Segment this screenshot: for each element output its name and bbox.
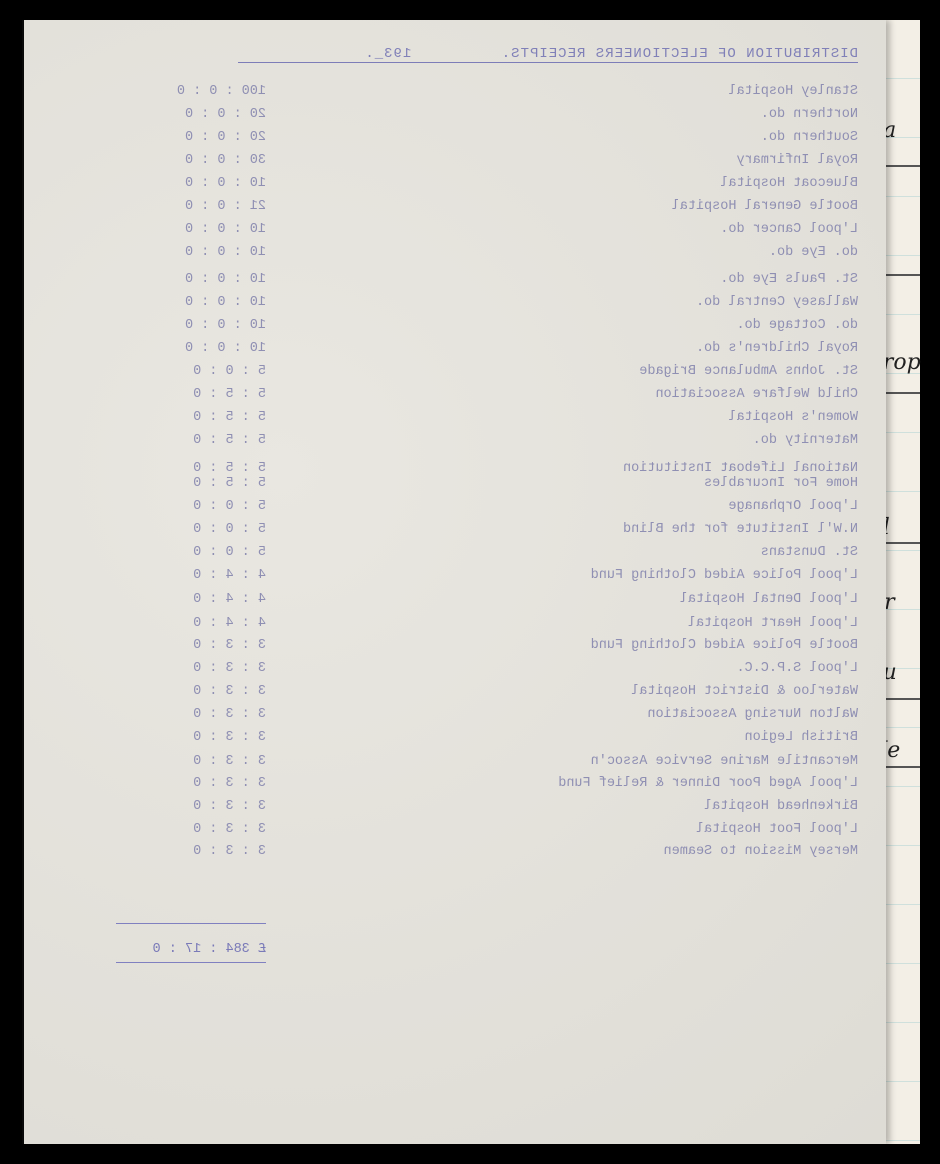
entry-name: Bootle General Hospital bbox=[672, 199, 858, 214]
entry-amount: 5 : 5 : 0 bbox=[66, 461, 266, 476]
typed-sheet: DISTRIBUTION OF ELECTIONEERS RECEIPTS. 1… bbox=[24, 20, 886, 1144]
entry-amount: 3 : 3 : 0 bbox=[66, 799, 266, 814]
entry-amount: 10 : 0 : 0 bbox=[66, 341, 266, 356]
entry-amount: 5 : 5 : 0 bbox=[66, 387, 266, 402]
entry-amount: 4 : 4 : 0 bbox=[66, 616, 266, 631]
entry-name: St. Dunstans bbox=[761, 545, 858, 560]
entry-name: L'pool S.P.C.C. bbox=[736, 661, 858, 676]
entry-amount: 10 : 0 : 0 bbox=[66, 245, 266, 260]
entry-name: L'pool Orphanage bbox=[728, 499, 858, 514]
entry-amount: 3 : 3 : 0 bbox=[66, 661, 266, 676]
entry-amount: 3 : 3 : 0 bbox=[66, 707, 266, 722]
entry-name: N.W'l Institute for the Blind bbox=[623, 522, 858, 537]
entry-amount: 20 : 0 : 0 bbox=[66, 130, 266, 145]
entry-name: L'pool Heart Hospital bbox=[688, 616, 858, 631]
entry-amount: 3 : 3 : 0 bbox=[66, 684, 266, 699]
grand-total: £ 384 : 17 : 0 bbox=[66, 942, 266, 957]
entry-amount: 4 : 4 : 0 bbox=[66, 568, 266, 583]
entry-name: St. Johns Ambulance Brigade bbox=[639, 364, 858, 379]
entry-amount: 5 : 5 : 0 bbox=[66, 410, 266, 425]
entry-amount: 5 : 5 : 0 bbox=[66, 433, 266, 448]
mirrored-content: DISTRIBUTION OF ELECTIONEERS RECEIPTS. 1… bbox=[24, 20, 886, 1144]
entry-name: L'pool Aged Poor Dinner & Relief Fund bbox=[558, 776, 858, 791]
entry-amount: 10 : 0 : 0 bbox=[66, 272, 266, 287]
entry-name: Northern do. bbox=[761, 107, 858, 122]
entry-name: Women's Hospital bbox=[728, 410, 858, 425]
entry-name: Stanley Hospital bbox=[728, 84, 858, 99]
entry-name: Bootle Police Aided Clothing Fund bbox=[591, 638, 858, 653]
entry-name: L'pool Police Aided Clothing Fund bbox=[591, 568, 858, 583]
entry-amount: 20 : 0 : 0 bbox=[66, 107, 266, 122]
entry-name: L'pool Cancer do. bbox=[720, 222, 858, 237]
entry-name: Royal Children's do. bbox=[696, 341, 858, 356]
entry-amount: 5 : 0 : 0 bbox=[66, 364, 266, 379]
entry-amount: 10 : 0 : 0 bbox=[66, 222, 266, 237]
entry-amount: 3 : 3 : 0 bbox=[66, 844, 266, 859]
entry-name: do. Cottage do. bbox=[736, 318, 858, 333]
entry-amount: 10 : 0 : 0 bbox=[66, 318, 266, 333]
entry-name: British Legion bbox=[745, 730, 858, 745]
entry-name: Mersey Mission to Seamen bbox=[664, 844, 858, 859]
subtotal-rule bbox=[116, 923, 266, 924]
entry-name: St. Pauls Eye do. bbox=[720, 272, 858, 287]
entry-amount: 3 : 3 : 0 bbox=[66, 638, 266, 653]
total-rule bbox=[116, 962, 266, 963]
entry-amount: 100 : 0 : 0 bbox=[66, 84, 266, 99]
entry-name: Birkenhead Hospital bbox=[704, 799, 858, 814]
entry-amount: 5 : 0 : 0 bbox=[66, 522, 266, 537]
entry-name: L'pool Dental Hospital bbox=[680, 592, 858, 607]
entry-name: Home For Incurables bbox=[704, 476, 858, 491]
entry-amount: 4 : 4 : 0 bbox=[66, 592, 266, 607]
entry-name: Southern do. bbox=[761, 130, 858, 145]
title-year: 193_. bbox=[364, 46, 411, 62]
entry-amount: 5 : 0 : 0 bbox=[66, 545, 266, 560]
entry-amount: 5 : 5 : 0 bbox=[66, 476, 266, 491]
entry-amount: 10 : 0 : 0 bbox=[66, 176, 266, 191]
entry-name: Bluecoat Hospital bbox=[720, 176, 858, 191]
entry-name: Waterloo & District Hospital bbox=[631, 684, 858, 699]
entry-name: Walton Nursing Association bbox=[647, 707, 858, 722]
entry-name: Wallasey Central do. bbox=[696, 295, 858, 310]
entry-name: L'pool Foot Hospital bbox=[696, 822, 858, 837]
entry-amount: 3 : 3 : 0 bbox=[66, 730, 266, 745]
entry-name: Royal Infirmary bbox=[736, 153, 858, 168]
title-text: DISTRIBUTION OF ELECTIONEERS RECEIPTS. bbox=[501, 46, 858, 62]
entry-name: Mercantile Marine Service Assoc'n bbox=[591, 754, 858, 769]
entry-amount: 30 : 0 : 0 bbox=[66, 153, 266, 168]
entry-name: Maternity do. bbox=[753, 433, 858, 448]
entry-name: do. Eye do. bbox=[769, 245, 858, 260]
document-title: DISTRIBUTION OF ELECTIONEERS RECEIPTS. 1… bbox=[238, 46, 858, 63]
entry-name: National Lifeboat Institution bbox=[623, 461, 858, 476]
entry-name: Child Welfare Association bbox=[655, 387, 858, 402]
entry-amount: 10 : 0 : 0 bbox=[66, 295, 266, 310]
entry-amount: 3 : 3 : 0 bbox=[66, 822, 266, 837]
entry-amount: 21 : 0 : 0 bbox=[66, 199, 266, 214]
entry-amount: 3 : 3 : 0 bbox=[66, 776, 266, 791]
entry-amount: 5 : 0 : 0 bbox=[66, 499, 266, 514]
entry-amount: 3 : 3 : 0 bbox=[66, 754, 266, 769]
